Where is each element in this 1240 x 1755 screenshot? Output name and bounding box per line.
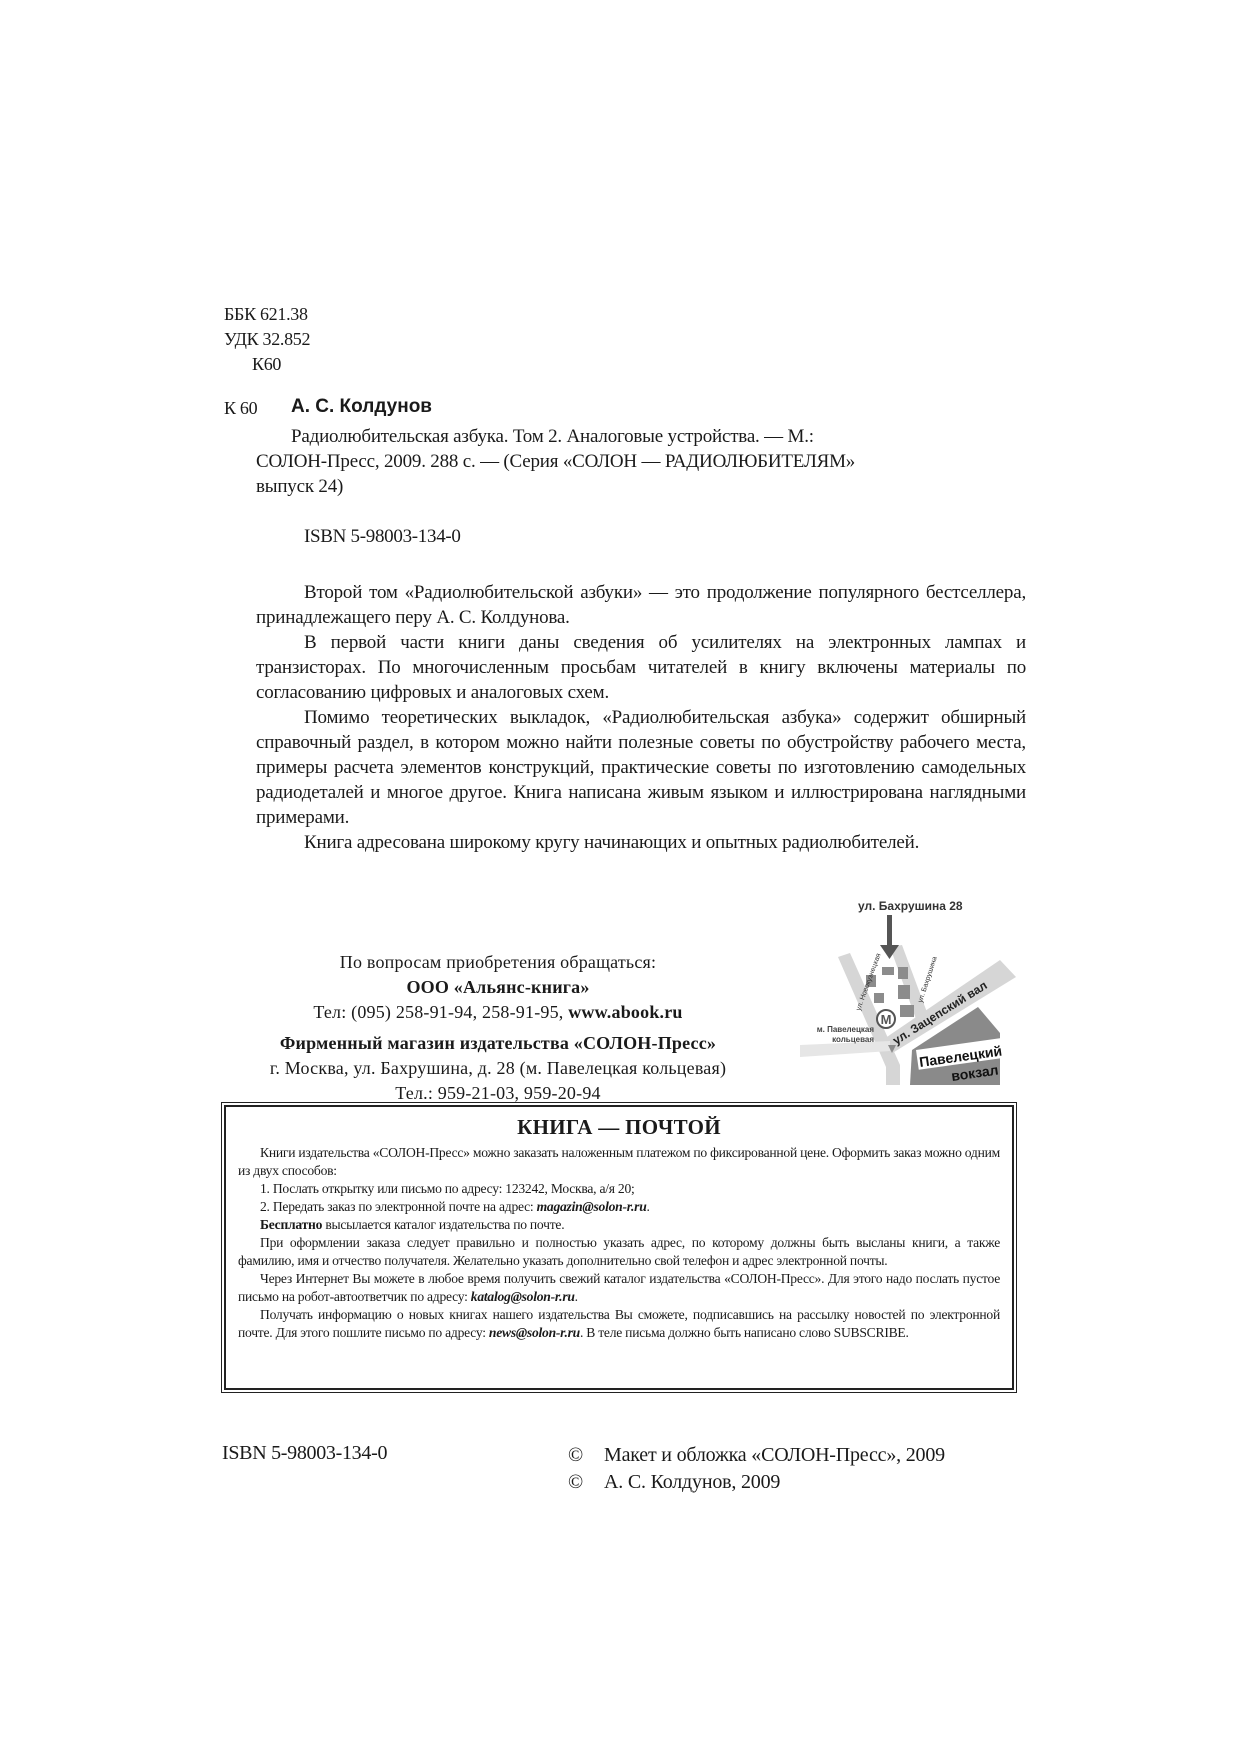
store-title: Фирменный магазин издательства «СОЛОН-Пр… [228,1031,768,1056]
biblio-line-3: выпуск 24) [256,474,1026,499]
contacts-intro: По вопросам приобретения обращаться: [228,950,768,975]
news-suffix: . В теле письма должно быть написано сло… [580,1325,909,1340]
entry-mark: К 60 [224,398,257,419]
copyright-layout: ©Макет и обложка «СОЛОН-Пресс», 2009 [568,1442,945,1469]
phone-numbers: Тел: (095) 258-91-94, 258-91-95, [313,1002,568,1022]
svg-text:кольцевая: кольцевая [832,1035,874,1044]
copyright-author-text: А. С. Колдунов, 2009 [604,1471,780,1493]
option-2-text: 2. Передать заказ по электронной почте н… [260,1199,537,1214]
biblio-line-1: Радиолюбительская азбука. Том 2. Аналого… [256,424,1026,449]
newsletter-instructions: Получать информацию о новых книгах нашег… [238,1306,1000,1342]
svg-text:м. Павелецкая: м. Павелецкая [817,1025,875,1034]
free-label: Бесплатно [260,1217,322,1232]
isbn-top: ISBN 5-98003-134-0 [304,526,461,548]
punctuation: . [647,1199,650,1214]
svg-text:ул. Бахрушина 28: ул. Бахрушина 28 [858,899,963,913]
order-option-2: 2. Передать заказ по электронной почте н… [238,1198,1000,1216]
distributor-name: ООО «Альянс-книга» [228,975,768,1000]
isbn-bottom: ISBN 5-98003-134-0 [222,1442,387,1465]
udk-code: УДК 32.852 [224,327,310,352]
svg-text:ул. Бахрушина: ул. Бахрушина [917,956,938,1004]
news-email-link[interactable]: news@solon-r.ru [489,1325,580,1340]
mail-order-box: КНИГА — ПОЧТОЙ Книги издательства «СОЛОН… [221,1102,1017,1393]
mail-order-text: Книги издательства «СОЛОН-Пресс» можно з… [238,1144,1000,1342]
svg-text:М: М [881,1012,892,1027]
mail-order-title: КНИГА — ПОЧТОЙ [238,1115,1000,1140]
mail-order-intro: Книги издательства «СОЛОН-Пресс» можно з… [238,1144,1000,1180]
bbk-code: ББК 621.38 [224,302,310,327]
distributor-phone: Тел: (095) 258-91-94, 258-91-95, www.abo… [228,1000,768,1025]
abstract: Второй том «Радиолюбительской азбуки» — … [256,580,1026,855]
author-name: А. С. Колдунов [291,396,432,418]
abstract-paragraph: Помимо теоретических выкладок, «Радиолюб… [256,705,1026,830]
bibliographic-description: Радиолюбительская азбука. Том 2. Аналого… [256,424,1026,499]
magazin-email-link[interactable]: magazin@solon-r.ru [537,1199,647,1214]
order-option-1: 1. Послать открытку или письмо по адресу… [238,1180,1000,1198]
catalog-text: Через Интернет Вы можете в любое время п… [238,1271,1000,1304]
copyright-icon: © [568,1442,604,1469]
copyright-icon: © [568,1469,604,1496]
address-instructions: При оформлении заказа следует правильно … [238,1234,1000,1270]
author-mark: К60 [224,352,310,377]
biblio-line-2: СОЛОН-Пресс, 2009. 288 с. — (Серия «СОЛО… [256,449,1026,474]
classification-codes: ББК 621.38 УДК 32.852 К60 [224,302,310,377]
free-catalog-note: Бесплатно высылается каталог издательств… [238,1216,1000,1234]
katalog-email-link[interactable]: katalog@solon-r.ru [471,1289,575,1304]
website-link[interactable]: www.abook.ru [568,1002,682,1022]
copyright-author: ©А. С. Колдунов, 2009 [568,1469,945,1496]
catalog-instructions: Через Интернет Вы можете в любое время п… [238,1270,1000,1306]
abstract-paragraph: Второй том «Радиолюбительской азбуки» — … [256,580,1026,630]
punctuation: . [575,1289,578,1304]
abstract-paragraph: В первой части книги даны сведения об ус… [256,630,1026,705]
free-catalog-text: высылается каталог издательства по почте… [322,1217,564,1232]
copyright-layout-text: Макет и обложка «СОЛОН-Пресс», 2009 [604,1444,945,1466]
copyright-block: ©Макет и обложка «СОЛОН-Пресс», 2009 ©А.… [568,1442,945,1496]
abstract-paragraph: Книга адресована широкому кругу начинающ… [256,830,1026,855]
purchase-contacts: По вопросам приобретения обращаться: ООО… [228,950,768,1106]
location-map: М ул. Бахрушина 28 ул. Новокузнецкая ул.… [800,895,1030,1085]
store-address: г. Москва, ул. Бахрушина, д. 28 (м. Паве… [228,1056,768,1081]
